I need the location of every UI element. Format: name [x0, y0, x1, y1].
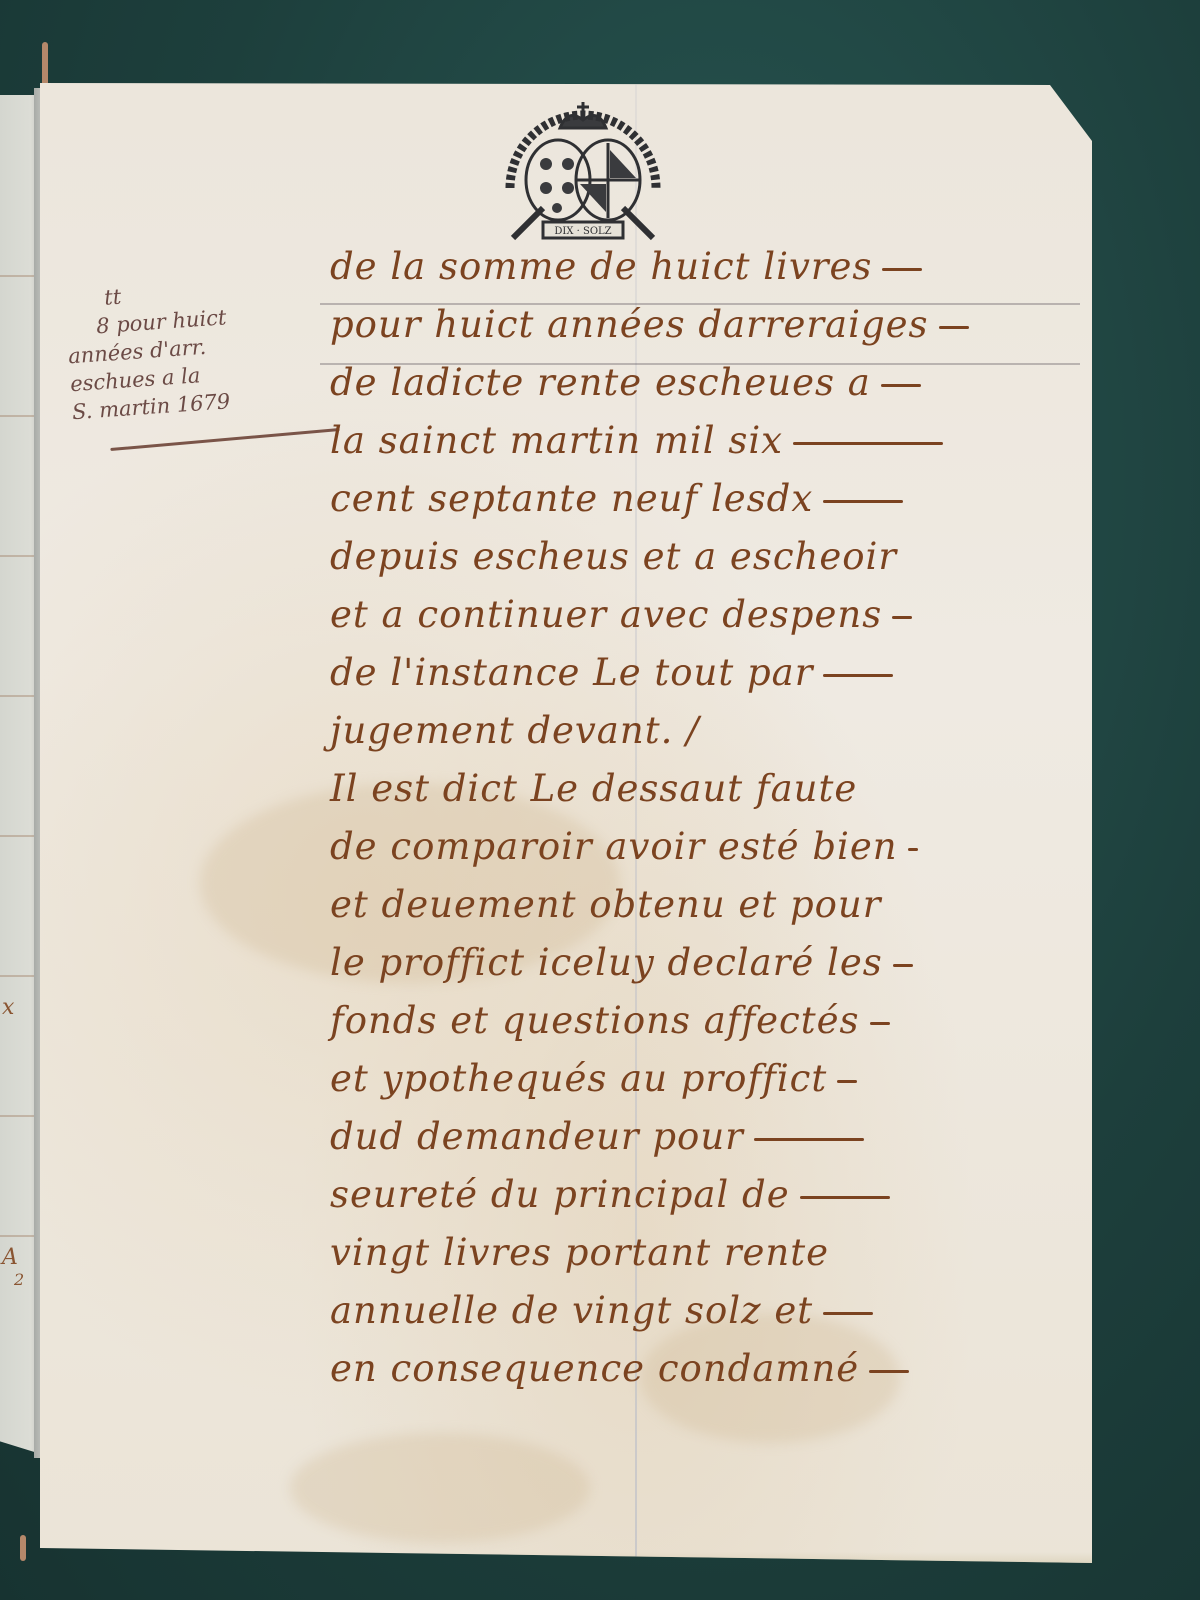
line-filler — [882, 268, 922, 271]
text-line: de l'instance Le tout par — [330, 644, 1120, 702]
text-line: et ypothequés au proffict — [330, 1050, 1120, 1108]
left-page-fragment: A — [2, 1245, 18, 1270]
text-line: jugement devant. / — [330, 702, 1120, 760]
text-line: pour huict années darreraiges — [330, 296, 1120, 354]
margin-flourish — [110, 428, 339, 451]
text-line: dud demandeur pour — [330, 1108, 1120, 1166]
text-line: la sainct martin mil six — [330, 412, 1120, 470]
line-filler — [869, 1370, 909, 1373]
text-line: vingt livres portant rente — [330, 1224, 1120, 1282]
left-page-fragment: x — [2, 995, 14, 1020]
text-line: et deuement obtenu et pour — [330, 876, 1120, 934]
text-line: cent septante neuf lesdx — [330, 470, 1120, 528]
line-filler — [881, 384, 921, 387]
stamp-banner-text: DIX · SOLZ — [554, 226, 611, 237]
text-line: de la somme de huict livres — [330, 238, 1120, 296]
line-filler — [793, 442, 943, 445]
manuscript-page: DIX · SOLZ tt 8 pour huict années d'arr.… — [40, 83, 1125, 1570]
water-stain — [290, 1433, 590, 1543]
line-filler — [754, 1138, 864, 1141]
line-filler — [823, 1312, 873, 1315]
text-line: depuis escheus et a escheoir — [330, 528, 1120, 586]
binding-thread — [20, 1535, 26, 1561]
line-filler — [823, 500, 903, 503]
line-filler — [892, 616, 912, 619]
manuscript-text: de la somme de huict livres pour huict a… — [330, 238, 1120, 1398]
line-filler — [870, 1022, 890, 1025]
royal-coat-of-arms-stamp-icon: DIX · SOLZ — [488, 98, 678, 248]
text-line: et a continuer avec despens — [330, 586, 1120, 644]
text-line: Il est dict Le dessaut faute — [330, 760, 1120, 818]
text-line: annuelle de vingt solz et — [330, 1282, 1120, 1340]
text-line: de comparoir avoir esté bien — [330, 818, 1120, 876]
left-page-fragment: 2 — [14, 1270, 24, 1289]
line-filler — [939, 326, 969, 329]
line-filler — [893, 964, 913, 967]
text-line: en consequence condamné — [330, 1340, 1120, 1398]
text-line: de ladicte rente escheues a — [330, 354, 1120, 412]
text-line: fonds et questions affectés — [330, 992, 1120, 1050]
line-filler — [823, 674, 893, 677]
margin-annotation: tt 8 pour huict années d'arr. eschues a … — [63, 270, 312, 426]
text-line: seureté du principal de — [330, 1166, 1120, 1224]
line-filler — [908, 848, 918, 851]
text-line: le proffict iceluy declaré les — [330, 934, 1120, 992]
line-filler — [837, 1080, 857, 1083]
line-filler — [800, 1196, 890, 1199]
